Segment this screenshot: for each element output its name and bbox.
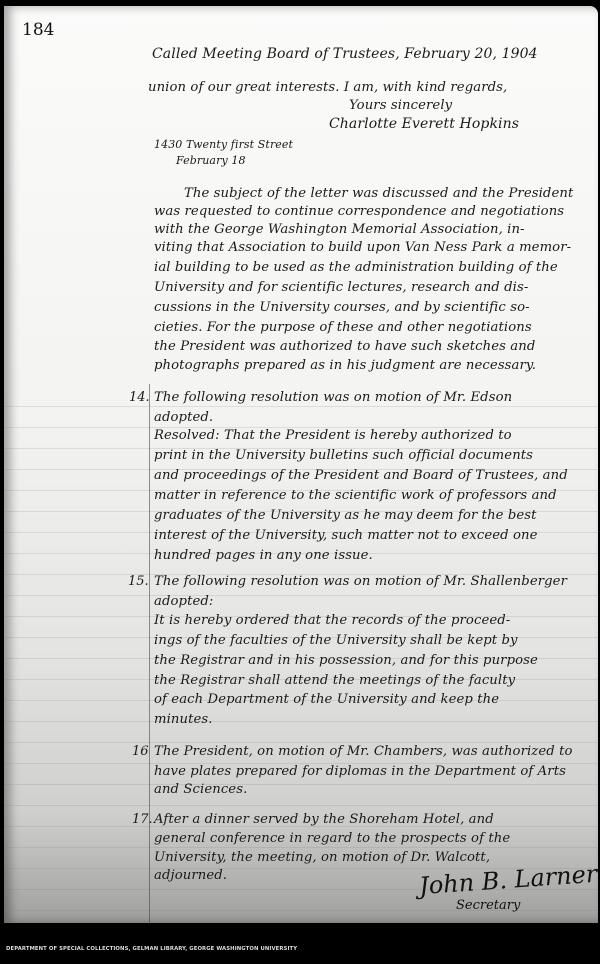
ledger-page: 184 Called Meeting Board of Trustees, Fe… (4, 6, 598, 923)
discussion-line: cussions in the University courses, and … (154, 300, 530, 315)
archive-credit: DEPARTMENT OF SPECIAL COLLECTIONS, GELMA… (6, 946, 297, 952)
item-line: and proceedings of the President and Boa… (154, 468, 568, 483)
letter-closing-line: union of our great interests. I am, with… (148, 80, 507, 95)
item-number: 17. (132, 812, 153, 827)
discussion-line: photographs prepared as in his judgment … (154, 358, 536, 373)
secretary-title: Secretary (456, 898, 520, 913)
item-number: 16 (132, 744, 149, 759)
discussion-line: was requested to continue correspondence… (154, 204, 564, 219)
discussion-line: the President was authorized to have suc… (154, 339, 535, 354)
item-line: the Registrar shall attend the meetings … (154, 673, 515, 688)
page-header: Called Meeting Board of Trustees, Februa… (152, 46, 538, 62)
letter-signature: Charlotte Everett Hopkins (329, 116, 519, 132)
discussion-line: cieties. For the purpose of these and ot… (154, 320, 532, 335)
discussion-line: University and for scientific lectures, … (154, 280, 528, 295)
item-number: 14. (129, 390, 150, 405)
item-line: The following resolution was on motion o… (154, 390, 512, 405)
discussion-line: The subject of the letter was discussed … (184, 186, 573, 201)
item-line: general conference in regard to the pros… (154, 831, 510, 846)
item-line: hundred pages in any one issue. (154, 548, 373, 563)
item-line: the Registrar and in his possession, and… (154, 653, 538, 668)
letter-date: February 18 (176, 154, 246, 167)
item-line: adopted: (154, 594, 213, 609)
item-line: and Sciences. (154, 782, 247, 797)
letter-address: 1430 Twenty first Street (154, 138, 293, 151)
item-line: Resolved: That the President is hereby a… (154, 428, 512, 443)
item-number: 15. (128, 574, 149, 589)
discussion-line: ial building to be used as the administr… (154, 260, 558, 275)
page-number: 184 (22, 20, 54, 40)
item-line: have plates prepared for diplomas in the… (154, 764, 566, 779)
item-line: of each Department of the University and… (154, 692, 499, 707)
discussion-line: viting that Association to build upon Va… (154, 240, 571, 255)
item-line: The President, on motion of Mr. Chambers… (154, 744, 573, 759)
item-line: It is hereby ordered that the records of… (154, 613, 510, 628)
item-line: interest of the University, such matter … (154, 528, 538, 543)
item-line: matter in reference to the scientific wo… (154, 488, 557, 503)
item-line: graduates of the University as he may de… (154, 508, 537, 523)
item-line: adjourned. (154, 868, 227, 883)
item-line: University, the meeting, on motion of Dr… (154, 850, 490, 865)
item-line: print in the University bulletins such o… (154, 448, 533, 463)
item-line: minutes. (154, 712, 213, 727)
margin-line (149, 384, 150, 923)
item-line: adopted. (154, 410, 213, 425)
discussion-line: with the George Washington Memorial Asso… (154, 222, 525, 237)
item-line: The following resolution was on motion o… (154, 574, 567, 589)
item-line: After a dinner served by the Shoreham Ho… (154, 812, 494, 827)
letter-closing-line: Yours sincerely (349, 98, 452, 113)
item-line: ings of the faculties of the University … (154, 633, 518, 648)
